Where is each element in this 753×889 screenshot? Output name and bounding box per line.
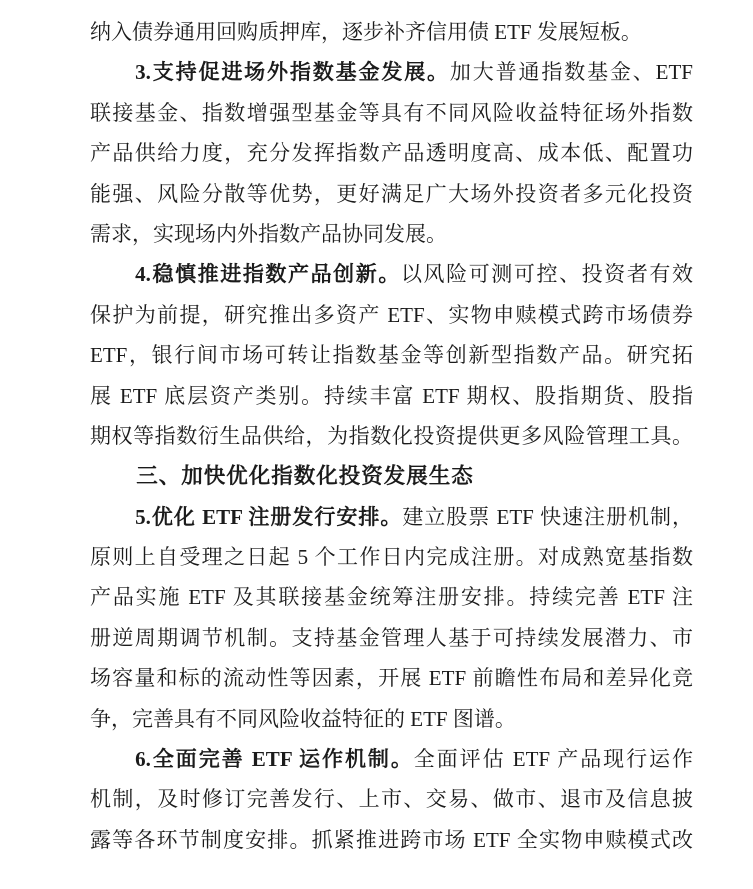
text-segment: 原则上自受理之日起 5 个工作日内完成注册。对成熟宽基指数 xyxy=(90,545,693,569)
text-line: 能强、风险分散等优势，更好满足广大场外投资者多元化投资 xyxy=(90,174,693,214)
text-segment: ETF，银行间市场可转让指数基金等创新型指数产品。研究拓 xyxy=(90,343,693,367)
text-segment: 产品实施 ETF 及其联接基金统筹注册安排。持续完善 ETF 注 xyxy=(90,585,693,609)
text-line: 场容量和标的流动性等因素，开展 ETF 前瞻性布局和差异化竞 xyxy=(90,658,693,698)
text-segment: 建立股票 ETF 快速注册机制， xyxy=(402,505,693,529)
text-line: 联接基金、指数增强型基金等具有不同风险收益特征场外指数 xyxy=(90,93,693,133)
text-segment: 产品供给力度，充分发挥指数产品透明度高、成本低、配置功 xyxy=(90,141,693,165)
text-segment: 露等各环节制度安排。抓紧推进跨市场 ETF 全实物申赎模式改 xyxy=(90,828,693,852)
paragraph-lead: 4.稳慎推进指数产品创新。 xyxy=(135,262,401,286)
text-segment: 能强、风险分散等优势，更好满足广大场外投资者多元化投资 xyxy=(90,182,693,206)
text-segment: 展 ETF 底层资产类别。持续丰富 ETF 期权、股指期货、股指 xyxy=(90,384,693,408)
text-segment: 期权等指数衍生品供给，为指数化投资提供更多风险管理工具。 xyxy=(90,424,693,448)
text-line: 3.支持促进场外指数基金发展。加大普通指数基金、ETF xyxy=(90,52,693,92)
text-segment: 保护为前提，研究推出多资产 ETF、实物申赎模式跨市场债券 xyxy=(90,303,693,327)
text-line: 争，完善具有不同风险收益特征的 ETF 图谱。 xyxy=(90,699,693,739)
text-line: 纳入债券通用回购质押库，逐步补齐信用债 ETF 发展短板。 xyxy=(90,12,693,52)
text-line: 机制，及时修订完善发行、上市、交易、做市、退市及信息披 xyxy=(90,779,693,819)
text-line: 6.全面完善 ETF 运作机制。全面评估 ETF 产品现行运作 xyxy=(90,739,693,779)
text-line: 露等各环节制度安排。抓紧推进跨市场 ETF 全实物申赎模式改 xyxy=(90,820,693,860)
text-line: 5.优化 ETF 注册发行安排。建立股票 ETF 快速注册机制， xyxy=(90,497,693,537)
document-page: 纳入债券通用回购质押库，逐步补齐信用债 ETF 发展短板。3.支持促进场外指数基… xyxy=(0,0,753,889)
text-line: 4.稳慎推进指数产品创新。以风险可测可控、投资者有效 xyxy=(90,254,693,294)
text-line: 期权等指数衍生品供给，为指数化投资提供更多风险管理工具。 xyxy=(90,416,693,456)
text-line: ETF，银行间市场可转让指数基金等创新型指数产品。研究拓 xyxy=(90,335,693,375)
paragraph-lead: 5.优化 ETF 注册发行安排。 xyxy=(135,505,402,529)
text-segment: 需求，实现场内外指数产品协同发展。 xyxy=(90,222,447,246)
paragraph-lead: 6.全面完善 ETF 运作机制。 xyxy=(135,747,414,771)
text-line: 需求，实现场内外指数产品协同发展。 xyxy=(90,214,693,254)
paragraph-lead: 3.支持促进场外指数基金发展。 xyxy=(135,60,450,84)
text-segment: 机制，及时修订完善发行、上市、交易、做市、退市及信息披 xyxy=(90,787,693,811)
text-line: 产品实施 ETF 及其联接基金统筹注册安排。持续完善 ETF 注 xyxy=(90,577,693,617)
section-heading: 三、加快优化指数化投资发展生态 xyxy=(90,456,693,496)
text-segment: 场容量和标的流动性等因素，开展 ETF 前瞻性布局和差异化竞 xyxy=(90,666,693,690)
text-line: 册逆周期调节机制。支持基金管理人基于可持续发展潜力、市 xyxy=(90,618,693,658)
text-segment: 加大普通指数基金、ETF xyxy=(450,60,693,84)
text-segment: 册逆周期调节机制。支持基金管理人基于可持续发展潜力、市 xyxy=(90,626,693,650)
text-segment: 全面评估 ETF 产品现行运作 xyxy=(414,747,693,771)
text-segment: 争，完善具有不同风险收益特征的 ETF 图谱。 xyxy=(90,707,516,731)
text-line: 原则上自受理之日起 5 个工作日内完成注册。对成熟宽基指数 xyxy=(90,537,693,577)
text-line: 产品供给力度，充分发挥指数产品透明度高、成本低、配置功 xyxy=(90,133,693,173)
text-line: 展 ETF 底层资产类别。持续丰富 ETF 期权、股指期货、股指 xyxy=(90,376,693,416)
paragraph-lead: 三、加快优化指数化投资发展生态 xyxy=(136,464,474,488)
text-segment: 以风险可测可控、投资者有效 xyxy=(401,262,693,286)
text-segment: 纳入债券通用回购质押库，逐步补齐信用债 ETF 发展短板。 xyxy=(90,20,642,44)
text-line: 保护为前提，研究推出多资产 ETF、实物申赎模式跨市场债券 xyxy=(90,295,693,335)
text-segment: 联接基金、指数增强型基金等具有不同风险收益特征场外指数 xyxy=(90,101,693,125)
